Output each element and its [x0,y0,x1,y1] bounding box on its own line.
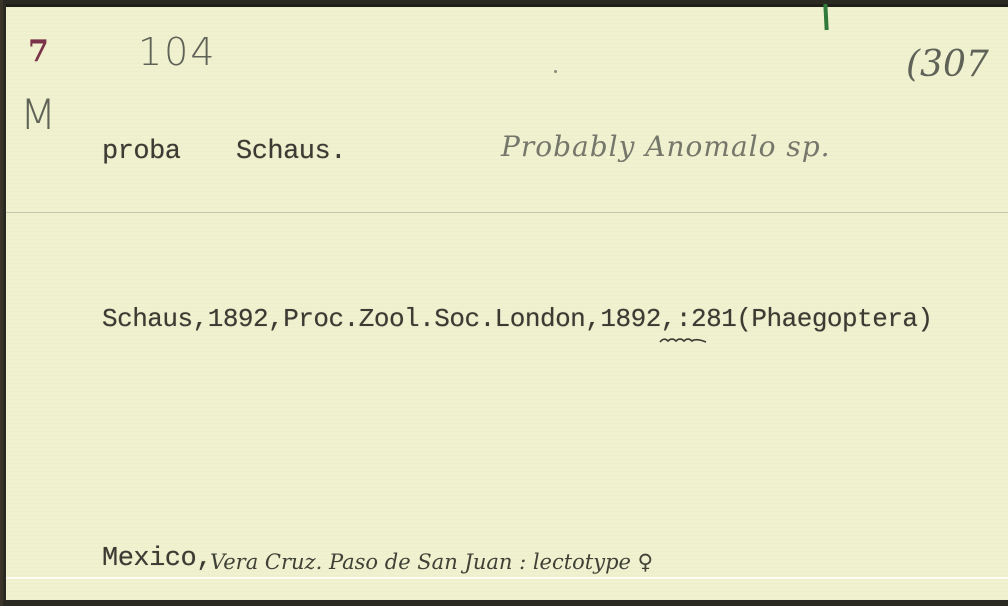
locality-country: Mexico, [102,544,212,574]
speck [554,70,557,73]
index-card: 7 104 M (307 proba Schaus. Probably Anom… [6,4,1008,600]
green-tab-mark [823,4,828,30]
handwritten-number-left: 104 [138,30,217,74]
header-rule-line [6,212,1008,213]
wavy-underline-mark [658,335,708,345]
handwritten-letter: M [20,90,56,139]
species-epithet: proba [102,137,181,167]
handwritten-number-right: (307 [906,44,989,85]
scan-left-edge [0,0,3,606]
card-top-edge [6,4,1008,7]
species-author: Schaus. [236,137,346,167]
handwritten-note: Probably Anomalo sp. [501,130,831,163]
bottom-rule-line [6,577,1008,579]
locality-handwritten-detail: Vera Cruz. Paso de San Juan : lectotype … [210,550,653,574]
citation-text: Schaus,1892,Proc.Zool.Soc.London,1892,:2… [102,304,933,334]
card-number-stamp: 7 [28,34,49,69]
